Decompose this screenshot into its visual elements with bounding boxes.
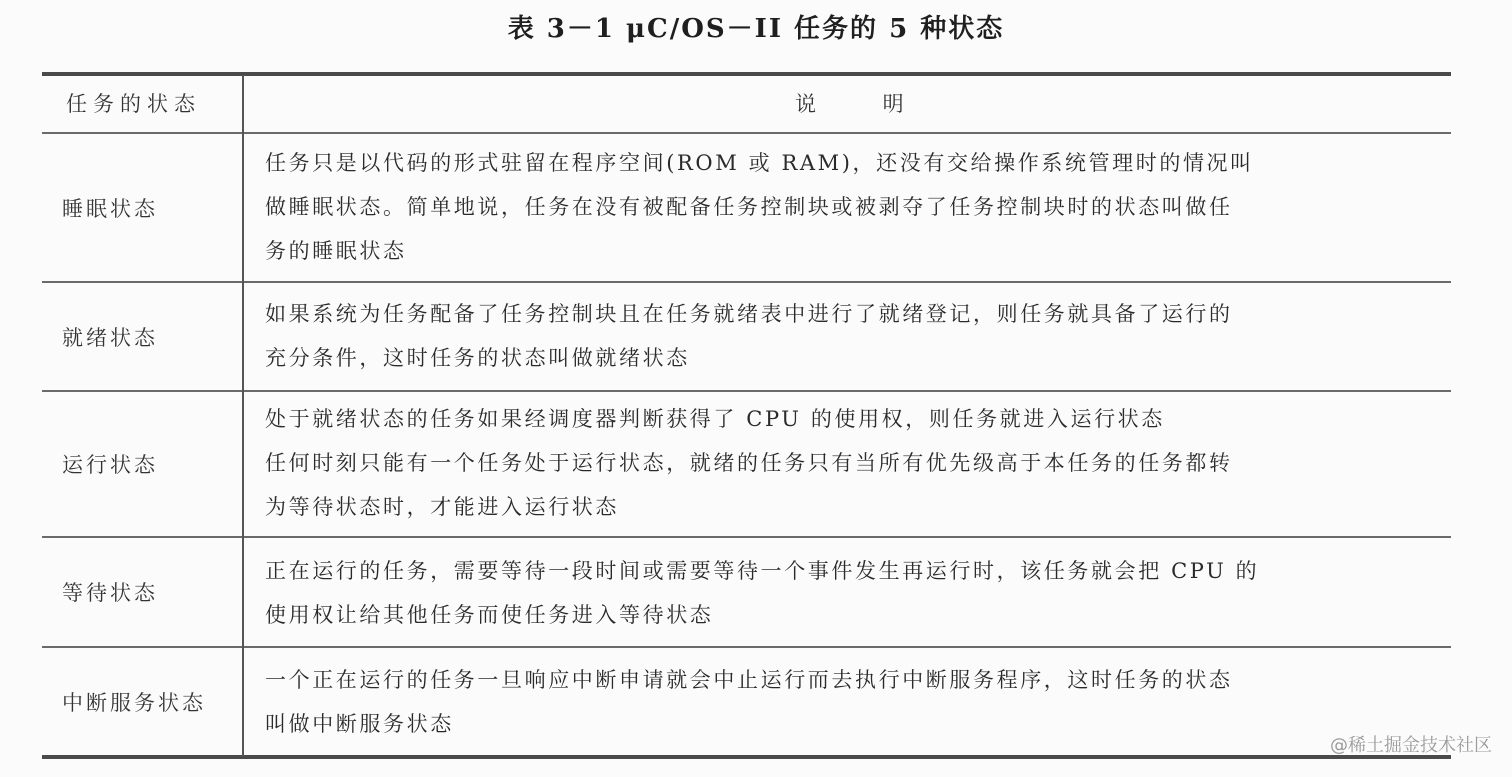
table-caption: 表 3－1 μC/OS－II 任务的 5 种状态 — [0, 8, 1512, 45]
table-bottom-rule — [42, 755, 1451, 759]
row-divider — [42, 536, 1451, 538]
state-cell-ready: 就绪状态 — [62, 283, 232, 390]
desc-cell-isr: 一个正在运行的任务一旦响应中断申请就会中止运行而去执行中断服务程序，这时任务的状… — [265, 658, 1445, 746]
state-cell-running: 运行状态 — [62, 392, 232, 536]
row-divider — [42, 390, 1451, 392]
table-top-rule — [42, 72, 1451, 76]
row-divider — [42, 281, 1451, 283]
desc-cell-running: 处于就绪状态的任务如果经调度器判断获得了 CPU 的使用权，则任务就进入运行状态… — [265, 397, 1445, 529]
row-divider — [42, 646, 1451, 648]
column-divider — [242, 75, 244, 757]
state-cell-sleep: 睡眠状态 — [62, 134, 232, 281]
desc-cell-sleep: 任务只是以代码的形式驻留在程序空间(ROM 或 RAM)，还没有交给操作系统管理… — [265, 141, 1445, 273]
watermark: @稀土掘金技术社区 — [1330, 731, 1492, 757]
state-cell-waiting: 等待状态 — [62, 538, 232, 646]
header-state: 任务的状态 — [66, 88, 201, 118]
desc-cell-waiting: 正在运行的任务，需要等待一段时间或需要等待一个事件发生再运行时，该任务就会把 C… — [265, 549, 1445, 637]
state-cell-isr: 中断服务状态 — [62, 648, 232, 755]
header-divider — [42, 132, 1451, 134]
desc-cell-ready: 如果系统为任务配备了任务控制块且在任务就绪表中进行了就绪登记，则任务就具备了运行… — [265, 292, 1445, 380]
header-description: 说 明 — [795, 88, 934, 118]
